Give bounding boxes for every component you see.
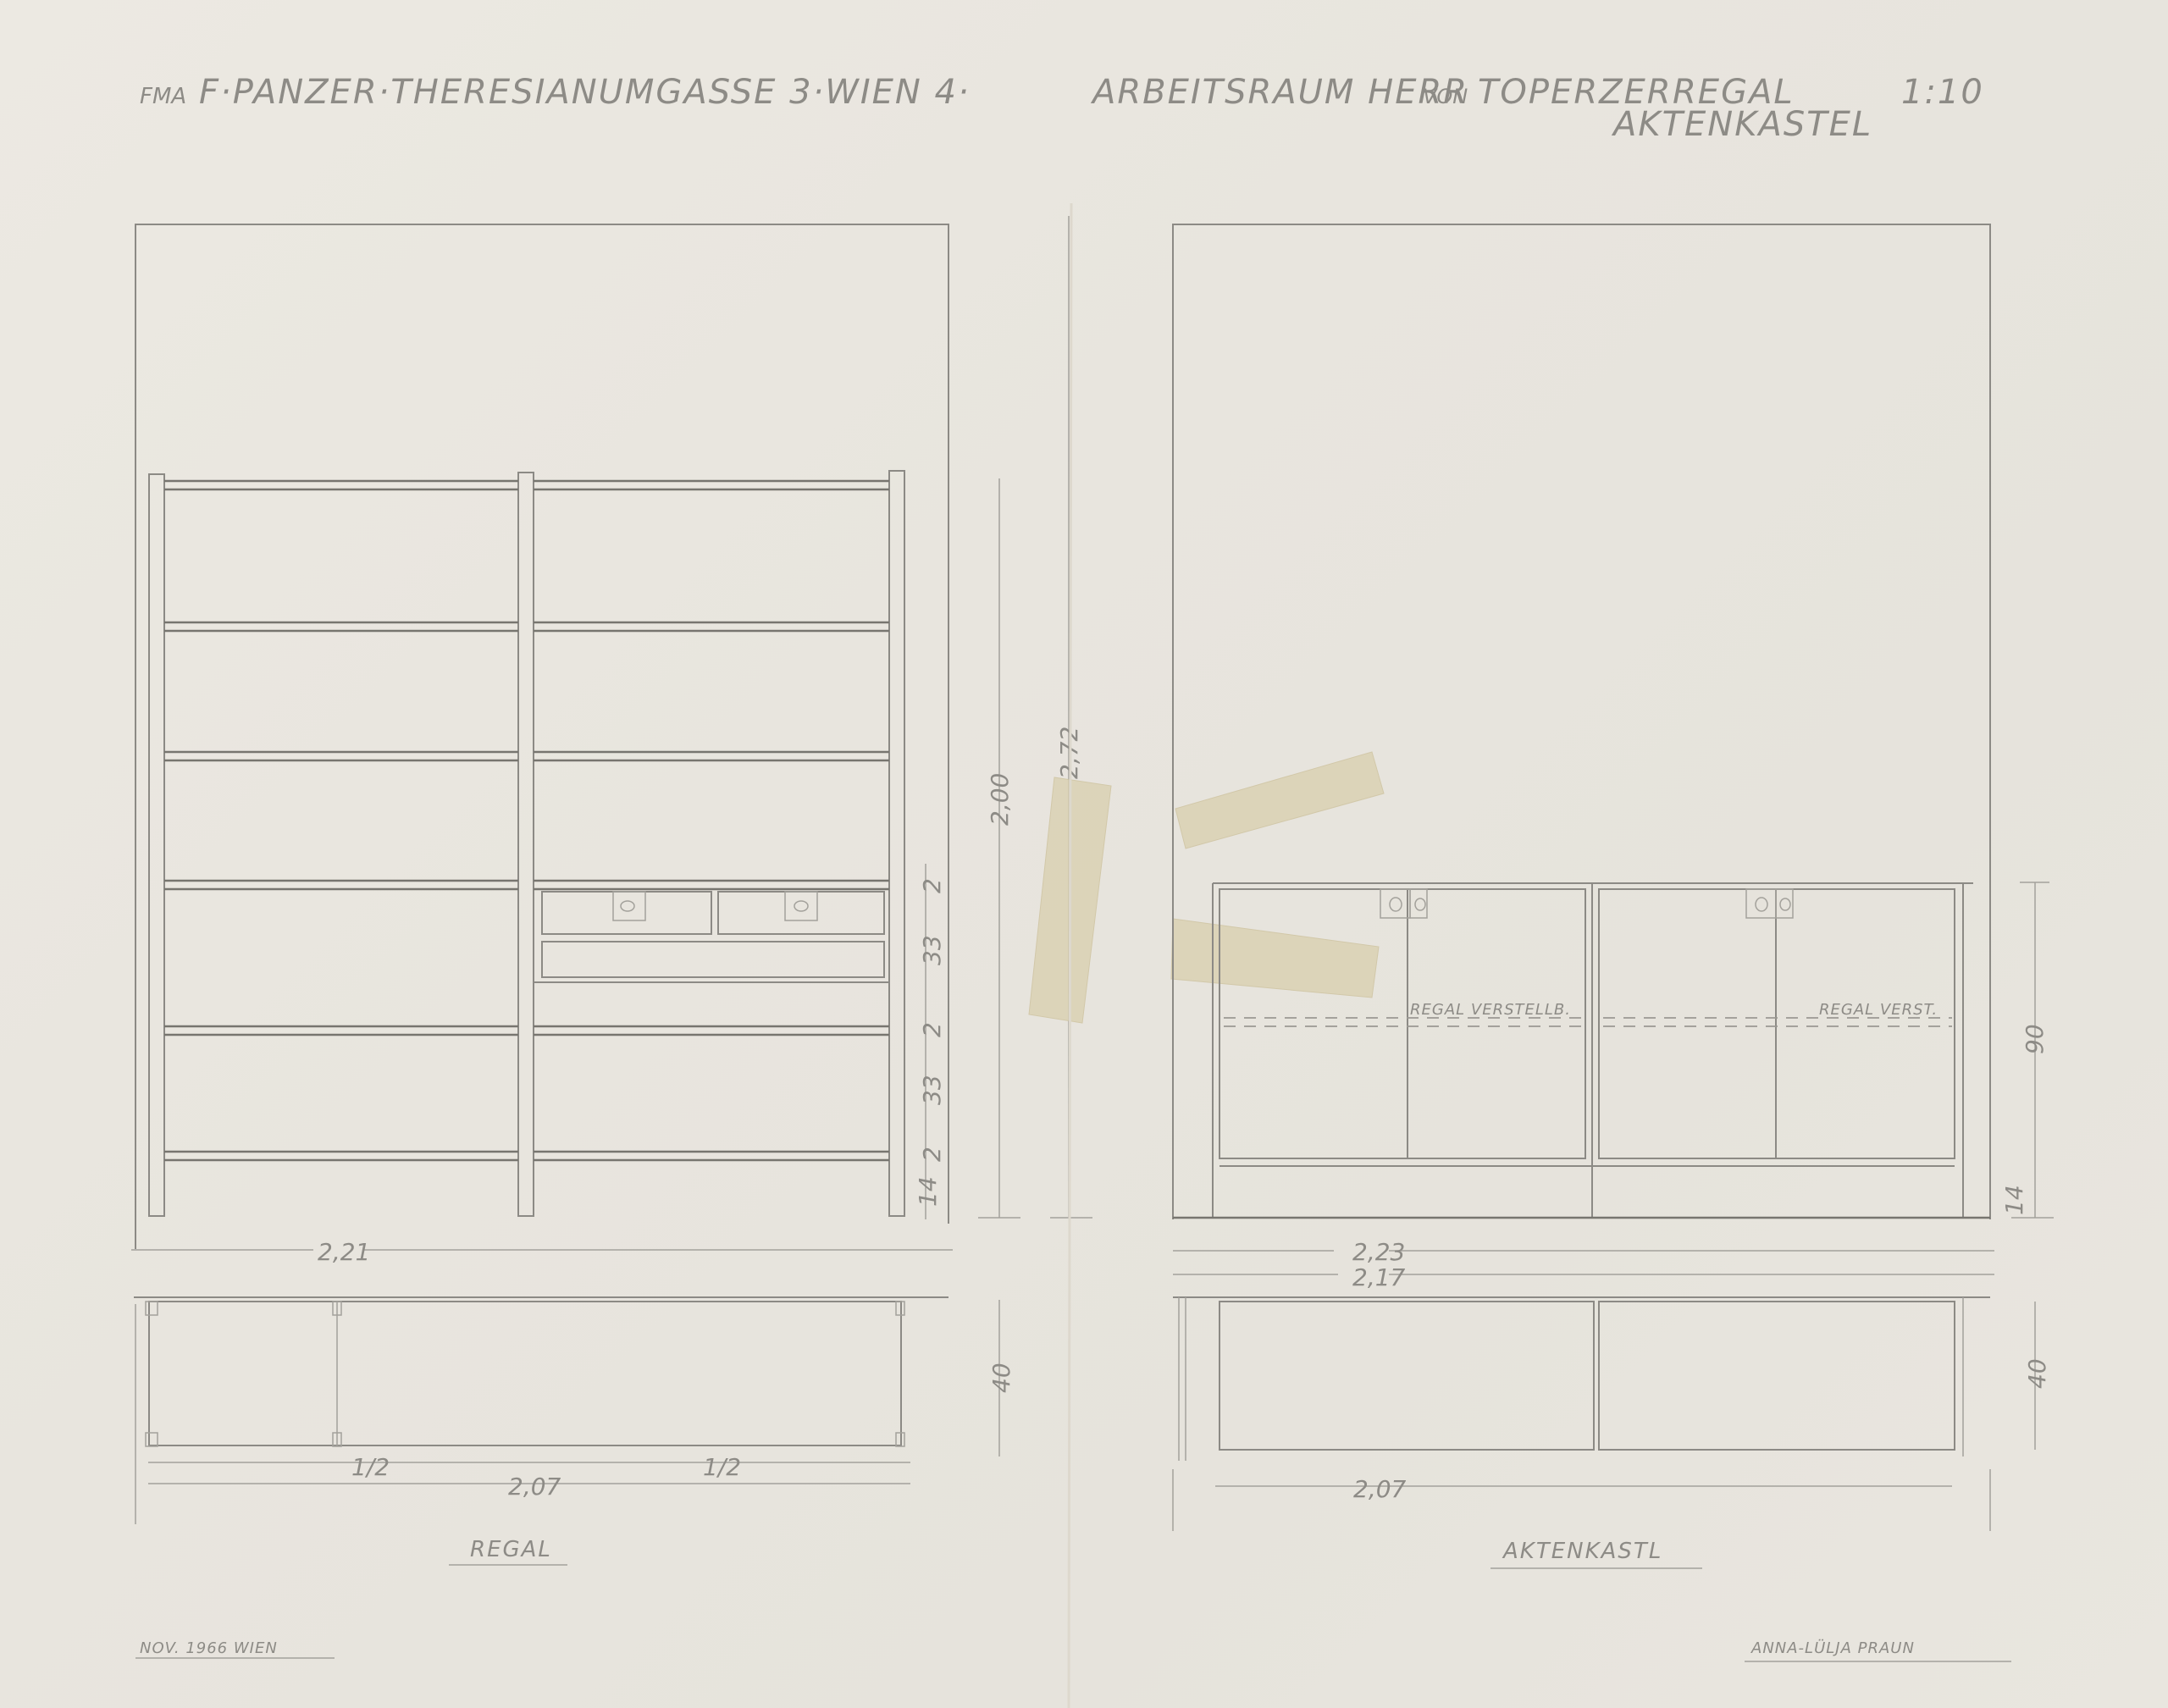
- drawing-sheet: FMA F·PANZER·THERESIANUMGASSE 3·WIEN 4· …: [0, 0, 2168, 1708]
- lock-icon: [1780, 898, 1790, 910]
- lock-icon: [1756, 898, 1767, 911]
- lock-icon: [621, 901, 634, 911]
- shelf-note-right: REGAL VERST.: [1819, 1001, 1938, 1019]
- svg-text:2,07: 2,07: [508, 1473, 561, 1501]
- svg-text:2,21: 2,21: [318, 1238, 370, 1266]
- aktenkastl-caption: AKTENKASTL: [1502, 1539, 1662, 1564]
- regal-caption: REGAL: [470, 1537, 552, 1562]
- title-scale: 1:10: [1901, 73, 1984, 112]
- svg-text:1/2: 1/2: [703, 1453, 741, 1481]
- regal-height-label: 2,00: [986, 773, 1014, 826]
- title-room: ARBEITSRAUM HERR: [1090, 73, 1468, 112]
- svg-text:14: 14: [914, 1176, 942, 1207]
- technical-drawing: FMA F·PANZER·THERESIANUMGASSE 3·WIEN 4· …: [0, 0, 2168, 1708]
- lock-icon: [1415, 898, 1425, 910]
- regal-width-dim: 2,21: [131, 1238, 953, 1266]
- title-block: FMA F·PANZER·THERESIANUMGASSE 3·WIEN 4· …: [140, 73, 1984, 144]
- aktenkastl-plan: 40 2,07: [1173, 1297, 2051, 1531]
- adhesive-tapes: [1029, 752, 1384, 1023]
- footer-date-place: NOV. 1966 WIEN: [140, 1639, 278, 1657]
- svg-text:2,23: 2,23: [1352, 1238, 1405, 1266]
- svg-text:33: 33: [918, 1075, 946, 1105]
- aktenkastl-base-label: 14: [2000, 1185, 2028, 1215]
- regal-plan: 1/2 1/2 2,07 40: [134, 1297, 1015, 1524]
- title-company: F·PANZER·THERESIANUMGASSE 3·WIEN 4·: [199, 73, 971, 112]
- lock-icon: [1390, 898, 1402, 911]
- regal-elevation: [135, 224, 948, 1249]
- shelf-note-left: REGAL VERSTELLB.: [1410, 1001, 1571, 1019]
- drawer-wide: [542, 942, 884, 977]
- svg-text:40: 40: [2023, 1358, 2051, 1389]
- drawer-left: [542, 892, 711, 934]
- aktenkastl-height-label: 90: [2021, 1024, 2049, 1054]
- lock-icon: [794, 901, 808, 911]
- svg-text:33: 33: [918, 935, 946, 965]
- aktenkastl-width-dims: 2,23 2,17: [1173, 1238, 1994, 1291]
- svg-text:2,07: 2,07: [1353, 1475, 1407, 1503]
- svg-text:2: 2: [918, 1022, 946, 1037]
- svg-text:2,17: 2,17: [1352, 1263, 1406, 1291]
- svg-text:2: 2: [918, 878, 946, 893]
- svg-text:1/2: 1/2: [351, 1453, 390, 1481]
- drawer-right: [718, 892, 884, 934]
- regal-vertical-dims: 2 33 2 33 2 14 2,00 2,72: [914, 216, 1092, 1219]
- svg-text:40: 40: [987, 1363, 1015, 1393]
- footer-author: ANNA-LÜLJA PRAUN: [1750, 1639, 1915, 1657]
- title-von: VON: [1423, 85, 1468, 108]
- aktenkastl-elevation: REGAL VERSTELLB. REGAL VERST.: [1173, 224, 1990, 1219]
- title-line2: AKTENKASTEL: [1611, 105, 1872, 144]
- title-prefix: FMA: [140, 84, 186, 109]
- svg-text:2: 2: [918, 1147, 946, 1162]
- aktenkastl-vertical-dims: 90 14: [2000, 882, 2054, 1218]
